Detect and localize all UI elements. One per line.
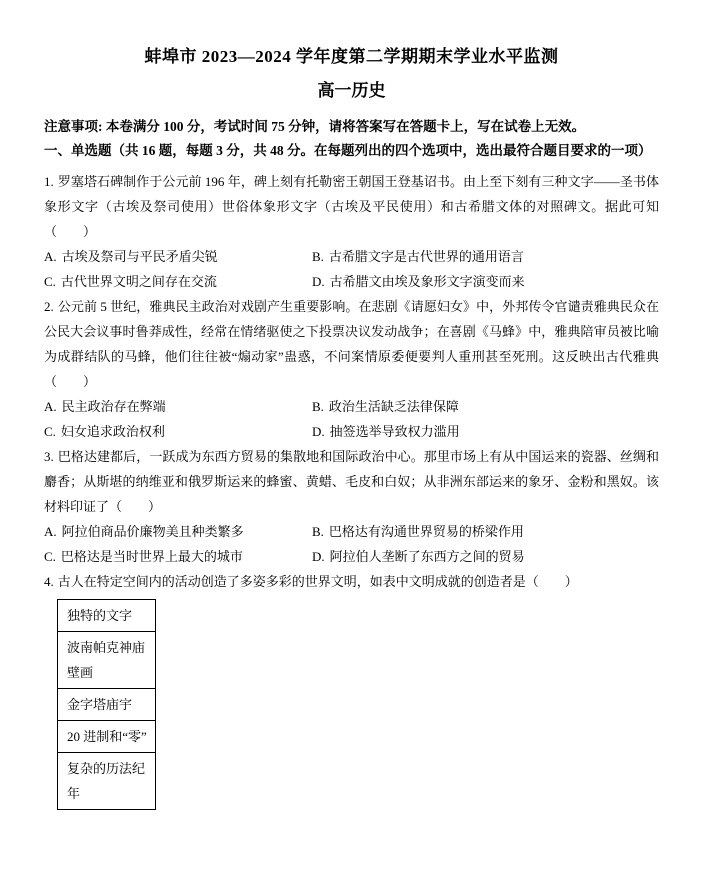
question-1: 1.罗塞塔石碑制作于公元前 196 年，碑上刻有托勒密王朝国王登基诏书。由上至下… — [44, 169, 659, 294]
page-title: 蚌埠市 2023—2024 学年度第二学期期末学业水平监测 — [44, 46, 659, 68]
notice-line: 注意事项: 本卷满分 100 分，考试时间 75 分钟，请将答案写在答题卡上，写… — [44, 114, 659, 139]
question-3-options: A.阿拉伯商品价廉物美且种类繁多 B.巴格达有沟通世界贸易的桥梁作用 C.巴格达… — [44, 519, 659, 569]
question-2-number: 2. — [44, 299, 54, 314]
table-cell: 20 进制和“零” — [58, 721, 156, 753]
option-c-text: 妇女追求政治权利 — [61, 424, 165, 439]
table-row: 复杂的历法纪年 — [58, 753, 156, 810]
option-d-label: D. — [312, 274, 325, 289]
option-a-label: A. — [44, 524, 57, 539]
option-a-text: 民主政治存在弊端 — [62, 399, 166, 414]
table-row: 独特的文字 — [58, 600, 156, 632]
option-a-label: A. — [44, 399, 57, 414]
option-a-label: A. — [44, 249, 57, 264]
question-3-option-b: B.巴格达有沟通世界贸易的桥梁作用 — [312, 519, 659, 544]
question-4: 4.古人在特定空间内的活动创造了多姿多彩的世界文明，如表中文明成就的创造者是（ … — [44, 569, 659, 810]
table-row: 20 进制和“零” — [58, 721, 156, 753]
option-a-text: 古埃及祭司与平民矛盾尖锐 — [62, 249, 218, 264]
question-1-option-c: C.古代世界文明之间存在交流 — [44, 269, 312, 294]
question-2-option-b: B.政治生活缺乏法律保障 — [312, 394, 659, 419]
question-1-number: 1. — [44, 174, 54, 189]
table-cell: 复杂的历法纪年 — [58, 753, 156, 810]
option-c-text: 巴格达是当时世界上最大的城市 — [61, 549, 243, 564]
table-cell: 波南帕克神庙壁画 — [58, 632, 156, 689]
option-b-label: B. — [312, 249, 324, 264]
question-4-number: 4. — [44, 574, 54, 589]
option-c-label: C. — [44, 424, 56, 439]
option-c-label: C. — [44, 549, 56, 564]
option-b-label: B. — [312, 399, 324, 414]
option-c-text: 古代世界文明之间存在交流 — [61, 274, 217, 289]
question-3: 3.巴格达建都后，一跃成为东西方贸易的集散地和国际政治中心。那里市场上有从中国运… — [44, 444, 659, 569]
question-2-stem: 2.公元前 5 世纪，雅典民主政治对戏剧产生重要影响。在悲剧《请愿妇女》中，外邦… — [44, 294, 659, 394]
question-3-text: 巴格达建都后，一跃成为东西方贸易的集散地和国际政治中心。那里市场上有从中国运来的… — [44, 449, 659, 514]
question-1-option-a: A.古埃及祭司与平民矛盾尖锐 — [44, 244, 312, 269]
option-b-text: 古希腊文字是古代世界的通用语言 — [329, 249, 524, 264]
question-2-option-d: D.抽签选举导致权力滥用 — [312, 419, 659, 444]
question-3-number: 3. — [44, 449, 54, 464]
table-row: 波南帕克神庙壁画 — [58, 632, 156, 689]
option-d-text: 古希腊文由埃及象形文字演变而来 — [330, 274, 525, 289]
table-cell: 金字塔庙宇 — [58, 689, 156, 721]
table-row: 金字塔庙宇 — [58, 689, 156, 721]
option-d-label: D. — [312, 424, 325, 439]
question-2: 2.公元前 5 世纪，雅典民主政治对戏剧产生重要影响。在悲剧《请愿妇女》中，外邦… — [44, 294, 659, 444]
section-heading: 一、单选题（共 16 题，每题 3 分，共 48 分。在每题列出的四个选项中，选… — [44, 139, 659, 163]
civilization-achievements-table: 独特的文字 波南帕克神庙壁画 金字塔庙宇 20 进制和“零” 复杂的历法纪年 — [57, 599, 156, 810]
question-1-options: A.古埃及祭司与平民矛盾尖锐 B.古希腊文字是古代世界的通用语言 C.古代世界文… — [44, 244, 659, 294]
option-c-label: C. — [44, 274, 56, 289]
question-1-option-d: D.古希腊文由埃及象形文字演变而来 — [312, 269, 659, 294]
question-4-stem: 4.古人在特定空间内的活动创造了多姿多彩的世界文明，如表中文明成就的创造者是（ … — [44, 569, 659, 594]
option-d-text: 抽签选举导致权力滥用 — [330, 424, 460, 439]
question-2-options: A.民主政治存在弊端 B.政治生活缺乏法律保障 C.妇女追求政治权利 D.抽签选… — [44, 394, 659, 444]
option-b-text: 巴格达有沟通世界贸易的桥梁作用 — [329, 524, 524, 539]
question-4-text: 古人在特定空间内的活动创造了多姿多彩的世界文明，如表中文明成就的创造者是（ ） — [58, 574, 578, 589]
question-3-option-c: C.巴格达是当时世界上最大的城市 — [44, 544, 312, 569]
question-1-stem: 1.罗塞塔石碑制作于公元前 196 年，碑上刻有托勒密王朝国王登基诏书。由上至下… — [44, 169, 659, 244]
option-b-label: B. — [312, 524, 324, 539]
question-3-stem: 3.巴格达建都后，一跃成为东西方贸易的集散地和国际政治中心。那里市场上有从中国运… — [44, 444, 659, 519]
page-subtitle: 高一历史 — [44, 80, 659, 102]
question-3-option-d: D.阿拉伯人垄断了东西方之间的贸易 — [312, 544, 659, 569]
option-d-label: D. — [312, 549, 325, 564]
question-2-text: 公元前 5 世纪，雅典民主政治对戏剧产生重要影响。在悲剧《请愿妇女》中，外邦传令… — [44, 299, 659, 389]
exam-page: 蚌埠市 2023—2024 学年度第二学期期末学业水平监测 高一历史 注意事项:… — [0, 0, 701, 877]
question-1-option-b: B.古希腊文字是古代世界的通用语言 — [312, 244, 659, 269]
table-cell: 独特的文字 — [58, 600, 156, 632]
option-a-text: 阿拉伯商品价廉物美且种类繁多 — [62, 524, 244, 539]
question-2-option-c: C.妇女追求政治权利 — [44, 419, 312, 444]
question-2-option-a: A.民主政治存在弊端 — [44, 394, 312, 419]
option-d-text: 阿拉伯人垄断了东西方之间的贸易 — [330, 549, 525, 564]
option-b-text: 政治生活缺乏法律保障 — [329, 399, 459, 414]
question-3-option-a: A.阿拉伯商品价廉物美且种类繁多 — [44, 519, 312, 544]
question-1-text: 罗塞塔石碑制作于公元前 196 年，碑上刻有托勒密王朝国王登基诏书。由上至下刻有… — [44, 174, 659, 239]
